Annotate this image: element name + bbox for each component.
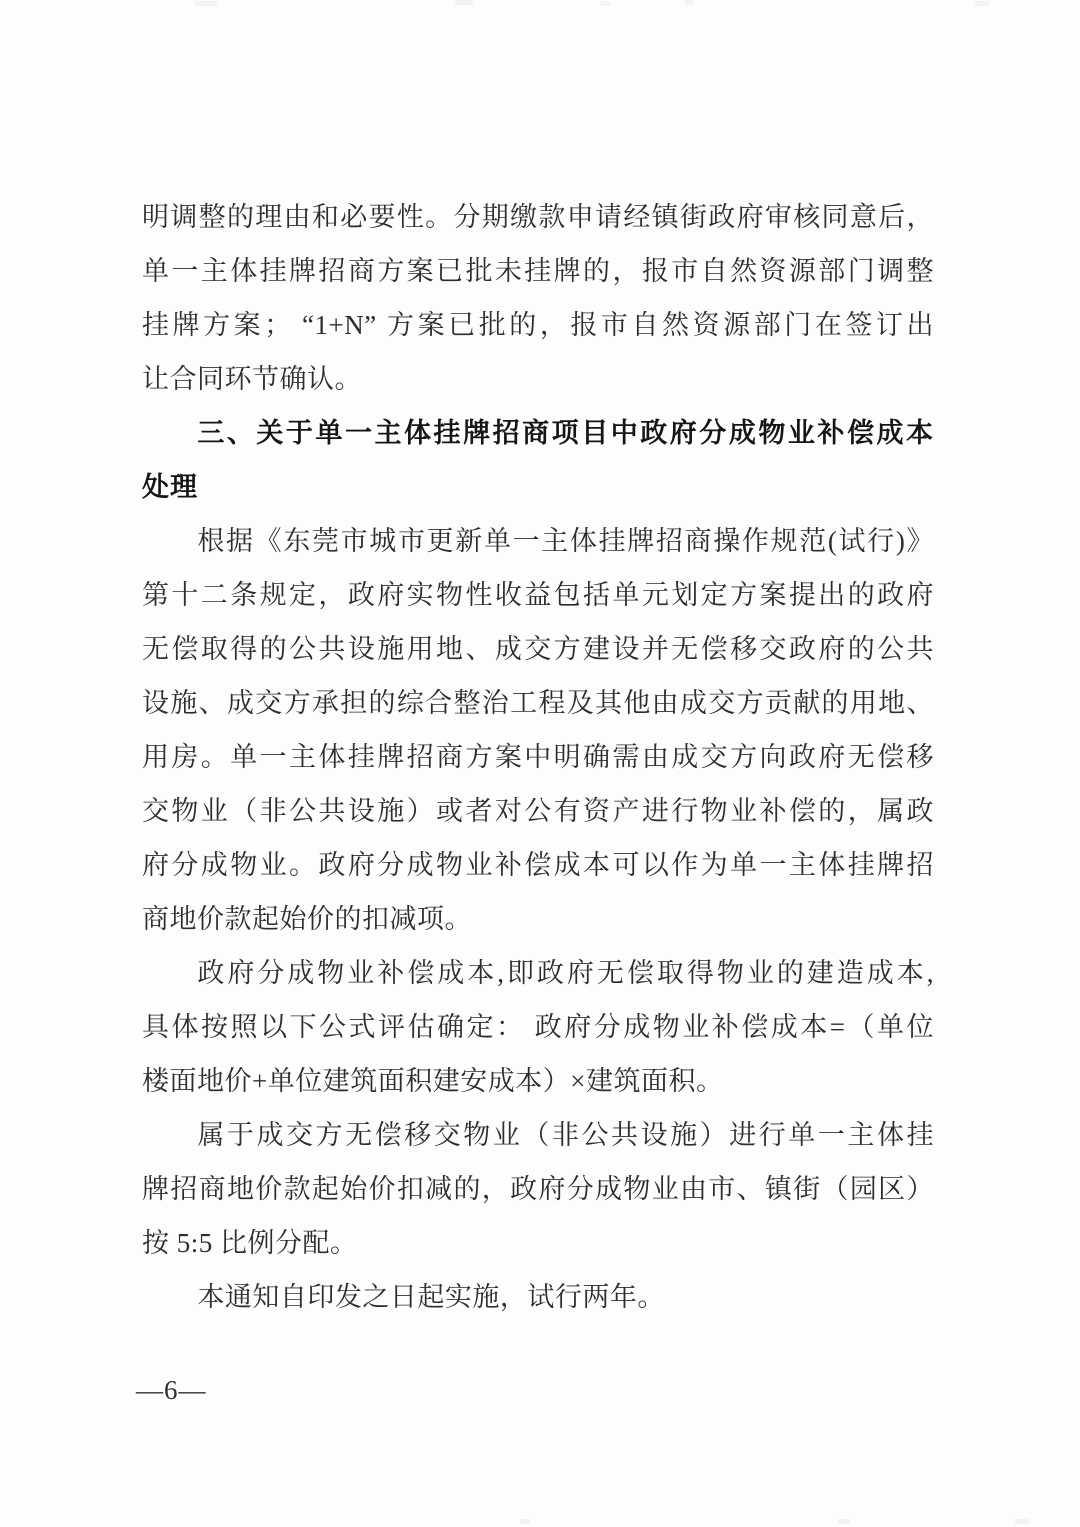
text-line: 明调整的理由和必要性。分期缴款申请经镇街政府审核同意后，	[142, 190, 934, 244]
text-line: 挂牌方案； “1+N” 方案已批的，报市自然资源部门在签订出	[142, 298, 934, 352]
scan-artifacts-bottom	[0, 1517, 1080, 1525]
text-line: 设施、成交方承担的综合整治工程及其他由成交方贡献的用地、	[142, 676, 934, 730]
scan-smudge	[975, 1, 989, 6]
paragraph: 明调整的理由和必要性。分期缴款申请经镇街政府审核同意后，单一主体挂牌招商方案已批…	[142, 190, 934, 406]
text-line: 牌招商地价款起始价扣减的，政府分成物业由市、镇街（园区）	[142, 1162, 934, 1216]
document-body: 明调整的理由和必要性。分期缴款申请经镇街政府审核同意后，单一主体挂牌招商方案已批…	[142, 190, 934, 1324]
scan-smudge	[520, 1519, 530, 1524]
text-line: 三、关于单一主体挂牌招商项目中政府分成物业补偿成本	[142, 406, 934, 460]
paragraph: 政府分成物业补偿成本,即政府无偿取得物业的建造成本,具体按照以下公式评估确定： …	[142, 946, 934, 1108]
text-line: 属于成交方无偿移交物业（非公共设施）进行单一主体挂	[142, 1108, 934, 1162]
text-line: 处理	[142, 460, 934, 514]
scan-smudge	[455, 0, 473, 5]
text-line: 根据《东莞市城市更新单一主体挂牌招商操作规范(试行)》	[142, 514, 934, 568]
page-number: —6—	[136, 1365, 207, 1415]
text-line: 第十二条规定，政府实物性收益包括单元划定方案提出的政府	[142, 568, 934, 622]
section-heading: 三、关于单一主体挂牌招商项目中政府分成物业补偿成本处理	[142, 406, 934, 514]
scan-smudge	[1015, 1519, 1029, 1524]
paragraph: 属于成交方无偿移交物业（非公共设施）进行单一主体挂牌招商地价款起始价扣减的，政府…	[142, 1108, 934, 1270]
scan-artifacts-top	[0, 0, 1080, 8]
paragraph: 根据《东莞市城市更新单一主体挂牌招商操作规范(试行)》第十二条规定，政府实物性收…	[142, 514, 934, 946]
text-line: 本通知自印发之日起实施，试行两年。	[142, 1270, 934, 1324]
scan-smudge	[838, 1519, 850, 1524]
scan-smudge	[600, 1, 610, 6]
text-line: 让合同环节确认。	[142, 352, 934, 406]
text-line: 楼面地价+单位建筑面积建安成本）×建筑面积。	[142, 1054, 934, 1108]
text-line: 按 5:5 比例分配。	[142, 1216, 934, 1270]
text-line: 无偿取得的公共设施用地、成交方建设并无偿移交政府的公共	[142, 622, 934, 676]
text-line: 政府分成物业补偿成本,即政府无偿取得物业的建造成本,	[142, 946, 934, 1000]
text-line: 商地价款起始价的扣减项。	[142, 892, 934, 946]
text-line: 单一主体挂牌招商方案已批未挂牌的，报市自然资源部门调整	[142, 244, 934, 298]
text-line: 交物业（非公共设施）或者对公有资产进行物业补偿的，属政	[142, 784, 934, 838]
scan-smudge	[685, 0, 693, 5]
document-page: 明调整的理由和必要性。分期缴款申请经镇街政府审核同意后，单一主体挂牌招商方案已批…	[0, 0, 1080, 1527]
paragraph: 本通知自印发之日起实施，试行两年。	[142, 1270, 934, 1324]
text-line: 府分成物业。政府分成物业补偿成本可以作为单一主体挂牌招	[142, 838, 934, 892]
text-line: 具体按照以下公式评估确定： 政府分成物业补偿成本=（单位	[142, 1000, 934, 1054]
scan-smudge	[195, 1, 217, 6]
text-line: 用房。单一主体挂牌招商方案中明确需由成交方向政府无偿移	[142, 730, 934, 784]
